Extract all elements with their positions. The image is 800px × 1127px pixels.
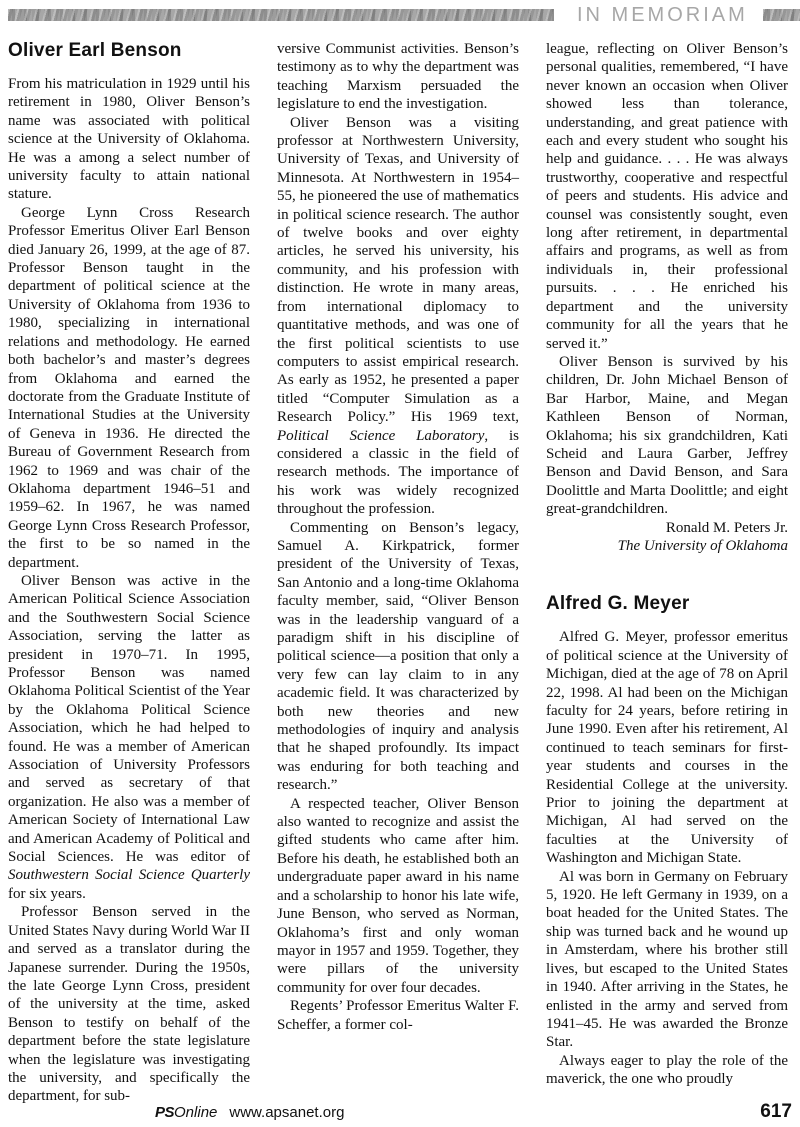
column-1: Oliver Earl BensonFrom his matriculation… — [8, 40, 250, 1106]
footer: PSOnlinewww.apsanet.org — [155, 1104, 344, 1121]
column-3: league, reflecting on Oliver Benson’s pe… — [546, 40, 788, 1106]
journal-page: IN MEMORIAM Oliver Earl BensonFrom his m… — [0, 0, 800, 1127]
footer-url: www.apsanet.org — [229, 1104, 344, 1121]
obituary-paragraph: Oliver Benson is survived by his childre… — [546, 353, 788, 519]
obituary-paragraph: Commenting on Benson’s legacy, Samuel A.… — [277, 519, 519, 795]
signature-block: Ronald M. Peters Jr.The University of Ok… — [546, 519, 788, 556]
column-2: versive Communist activities. Benson’s t… — [277, 40, 519, 1106]
masthead-title: IN MEMORIAM — [577, 4, 748, 27]
obituary-paragraph: A respected teacher, Oliver Benson also … — [277, 795, 519, 997]
obituary-paragraph: Al was born in Germany on February 5, 19… — [546, 868, 788, 1052]
masthead-bar-left — [8, 9, 554, 21]
obituary-heading: Alfred G. Meyer — [546, 593, 788, 615]
masthead: IN MEMORIAM — [0, 4, 800, 26]
obituary-paragraph: versive Communist activities. Benson’s t… — [277, 40, 519, 114]
article-columns: Oliver Earl BensonFrom his matriculation… — [8, 40, 788, 1106]
obituary-paragraph: Alfred G. Meyer, professor emeritus of p… — [546, 628, 788, 867]
footer-brand-online: Online — [174, 1104, 217, 1121]
obituary-paragraph: Always eager to play the role of the mav… — [546, 1052, 788, 1089]
obituary-paragraph: league, reflecting on Oliver Benson’s pe… — [546, 40, 788, 353]
signature-line: Ronald M. Peters Jr. — [546, 519, 788, 537]
obituary-paragraph: Regents’ Professor Emeritus Walter F. Sc… — [277, 997, 519, 1034]
page-number: 617 — [760, 1101, 792, 1123]
signature-line: The University of Oklahoma — [546, 537, 788, 555]
obituary-paragraph: Oliver Benson was a visiting professor a… — [277, 114, 519, 519]
obituary-paragraph: From his matriculation in 1929 until his… — [8, 75, 250, 204]
obituary-paragraph: Oliver Benson was active in the American… — [8, 572, 250, 903]
masthead-bar-right — [763, 9, 800, 21]
obituary-paragraph: Professor Benson served in the United St… — [8, 903, 250, 1105]
obituary-paragraph: George Lynn Cross Research Professor Eme… — [8, 204, 250, 572]
obituary-heading: Oliver Earl Benson — [8, 40, 250, 62]
footer-brand-ps: PS — [155, 1104, 174, 1121]
